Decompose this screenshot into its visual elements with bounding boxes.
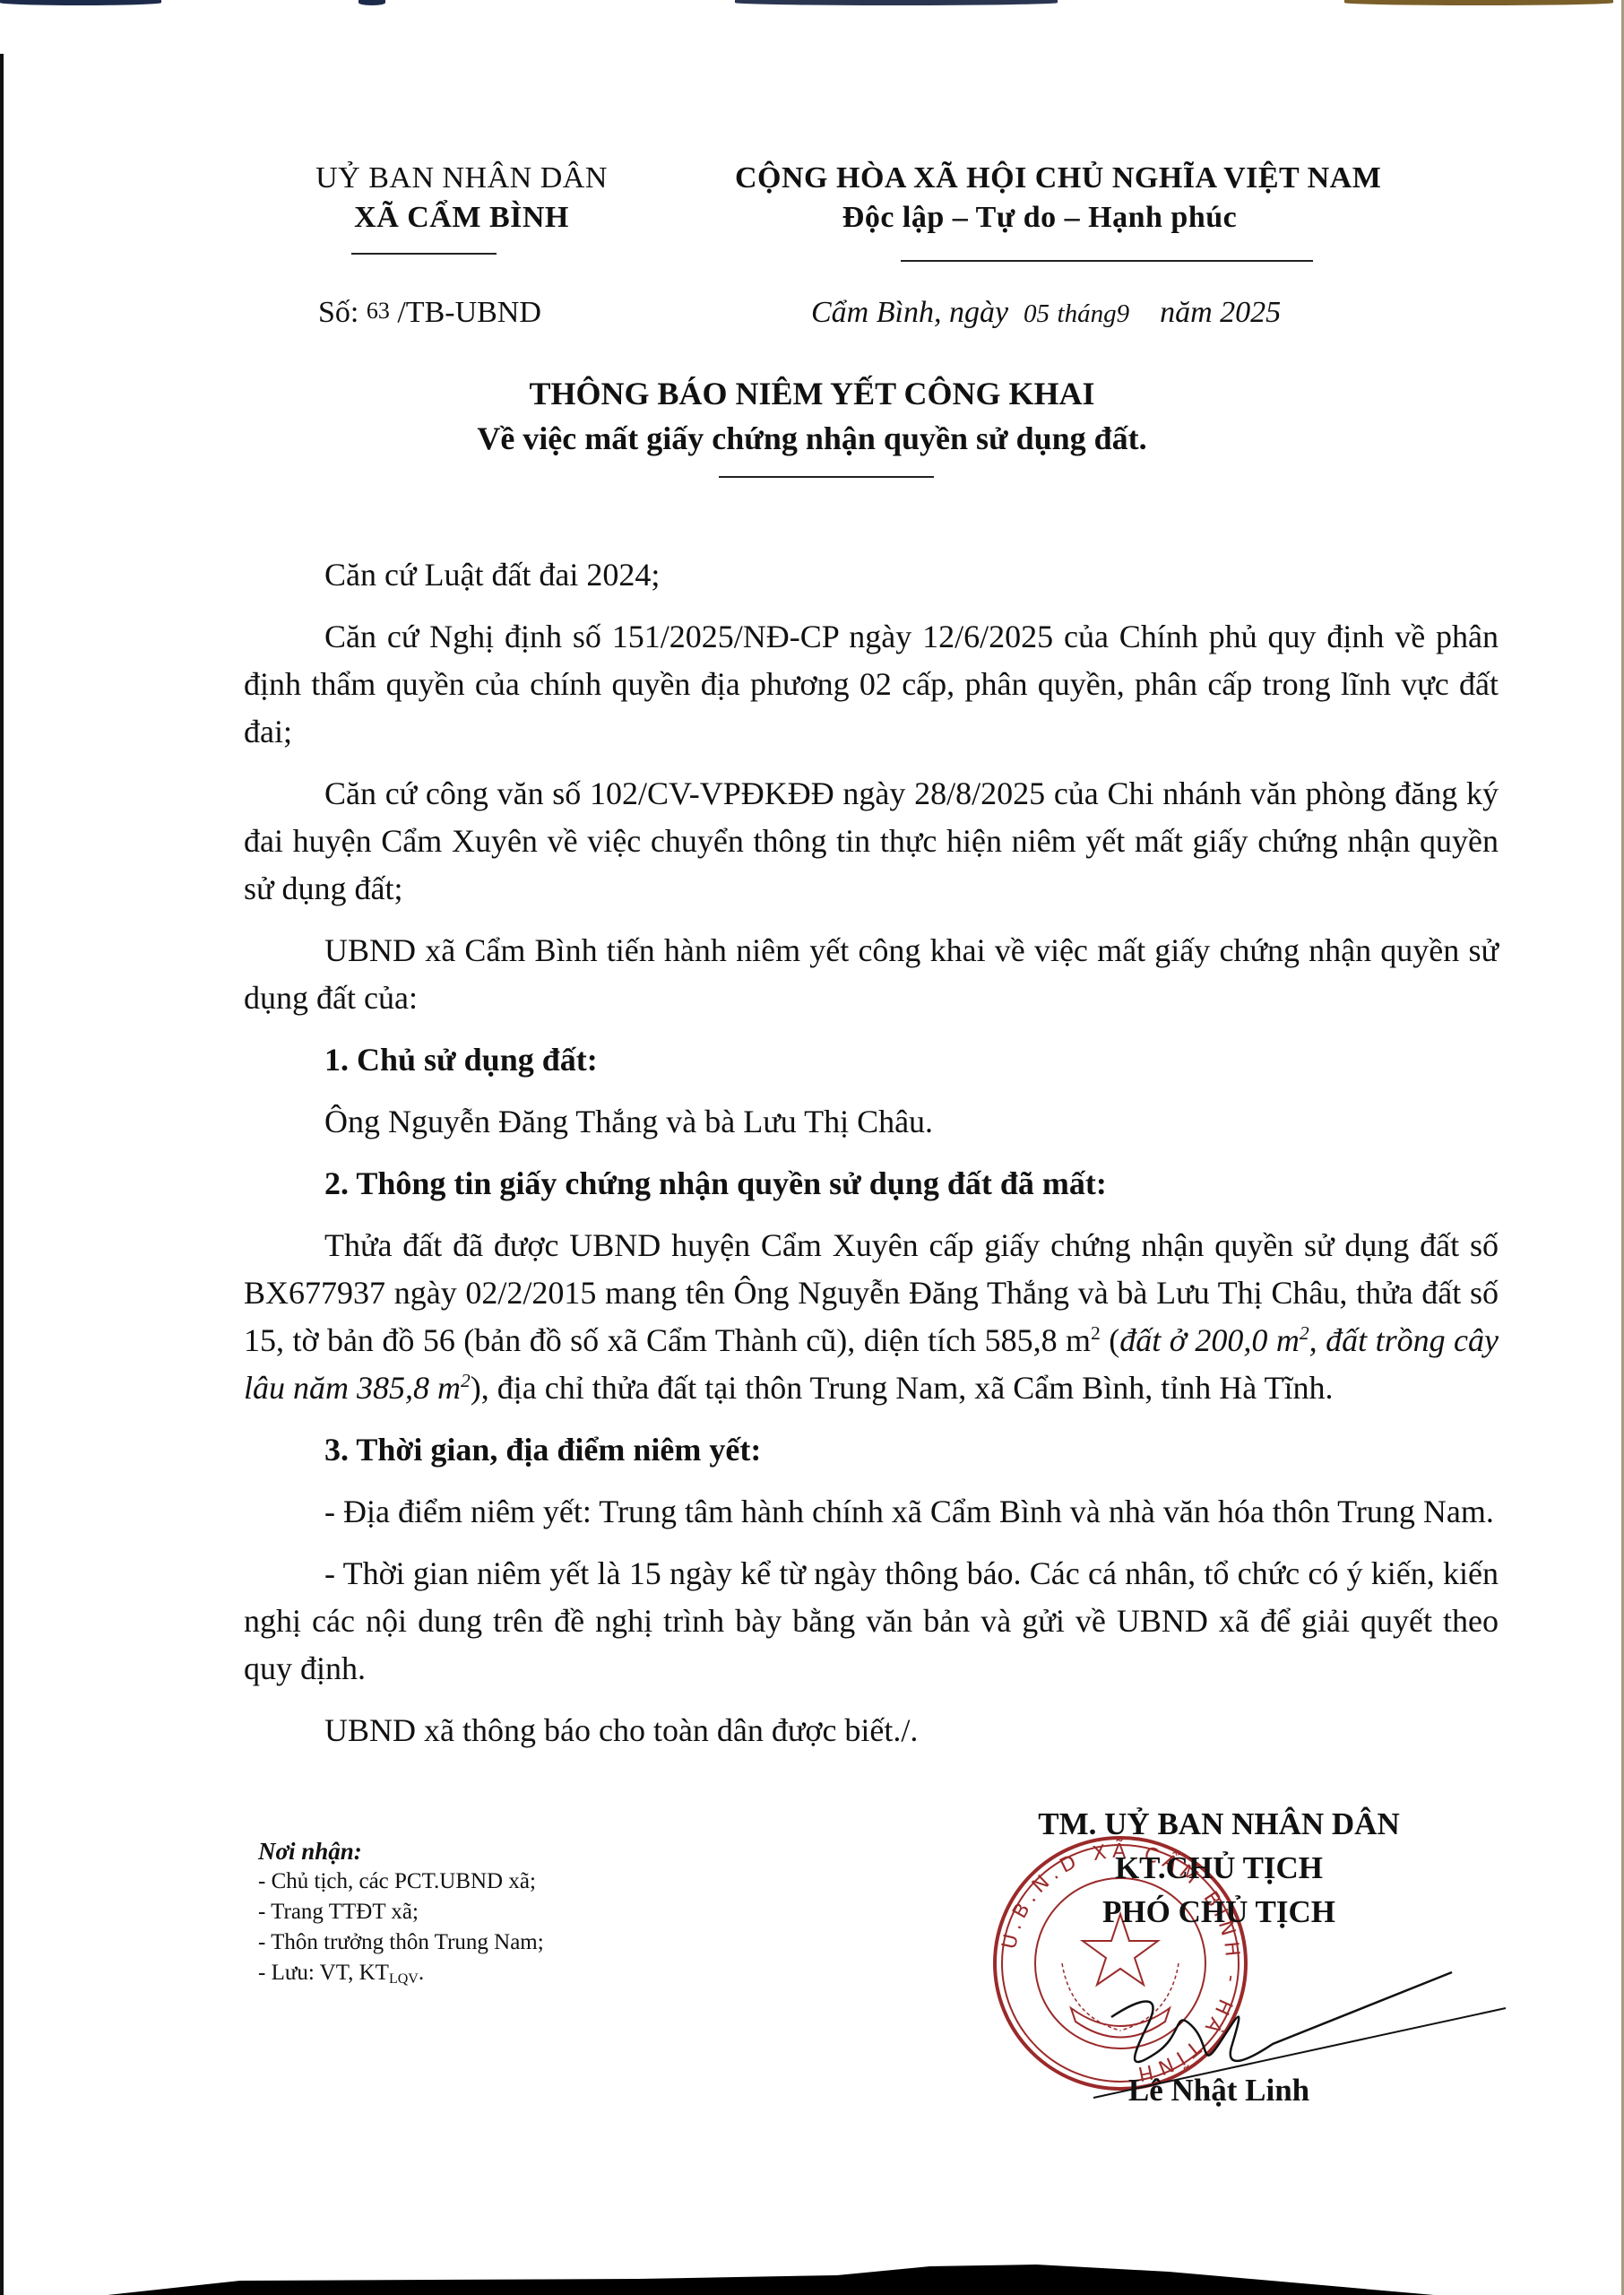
legal-basis-1: Căn cứ Luật đất đai 2024; [244, 551, 1499, 599]
signature-line-3: PHÓ CHỦ TỊCH [968, 1890, 1470, 1934]
recipients-block: Nơi nhận: - Chủ tịch, các PCT.UBND xã; -… [258, 1836, 544, 1995]
document-number-value: 63 [367, 298, 390, 324]
intro-paragraph: UBND xã Cẩm Bình tiến hành niêm yết công… [244, 927, 1499, 1022]
section-2-heading: 2. Thông tin giấy chứng nhận quyền sử dụ… [244, 1160, 1499, 1208]
section-3-location: - Địa điểm niêm yết: Trung tâm hành chín… [244, 1488, 1499, 1536]
closing-statement: UBND xã thông báo cho toàn dân được biết… [244, 1707, 1499, 1754]
recipient-item: - Lưu: VT, KTLQV. [258, 1958, 544, 1995]
recipients-label: Nơi nhận: [258, 1836, 544, 1866]
section-1-text: Ông Nguyễn Đăng Thắng và bà Lưu Thị Châu… [244, 1098, 1499, 1146]
signer-name: Lê Nhật Linh [968, 2073, 1470, 2109]
section-3-heading: 3. Thời gian, địa điểm niêm yết: [244, 1426, 1499, 1474]
recipient-item: - Thôn trưởng thôn Trung Nam; [258, 1927, 544, 1958]
authority-line-2: XÃ CẨM BÌNH [260, 201, 663, 235]
scan-bottom-edge [108, 2259, 1434, 2295]
legal-basis-3: Căn cứ công văn số 102/CV-VPĐKĐĐ ngày 28… [244, 770, 1499, 913]
document-date: Cẩm Bình, ngày 05 tháng9 năm 2025 [811, 296, 1281, 330]
motto-underline [901, 260, 1313, 262]
document-title: THÔNG BÁO NIÊM YẾT CÔNG KHAI [0, 375, 1624, 412]
authority-underline [351, 253, 497, 255]
recipient-item: - Chủ tịch, các PCT.UBND xã; [258, 1866, 544, 1897]
section-3-duration: - Thời gian niêm yết là 15 ngày kể từ ng… [244, 1550, 1499, 1693]
signature-block: TM. UỶ BAN NHÂN DÂN KT.CHỦ TỊCH PHÓ CHỦ … [968, 1802, 1470, 1934]
national-title: CỘNG HÒA XÃ HỘI CHỦ NGHĨA VIỆT NAM Độc l… [735, 161, 1344, 235]
signature-line-2: KT.CHỦ TỊCH [968, 1846, 1470, 1890]
section-1-heading: 1. Chủ sử dụng đất: [244, 1036, 1499, 1084]
national-motto: Độc lập – Tự do – Hạnh phúc [735, 201, 1344, 235]
issuing-authority: UỶ BAN NHÂN DÂN XÃ CẨM BÌNH [260, 161, 663, 235]
document-number: Số: 63 /TB-UBND [318, 296, 541, 330]
scan-top-edge [0, 0, 1624, 5]
legal-basis-2: Căn cứ Nghị định số 151/2025/NĐ-CP ngày … [244, 613, 1499, 756]
signature-line-1: TM. UỶ BAN NHÂN DÂN [968, 1802, 1470, 1846]
national-title-line-1: CỘNG HÒA XÃ HỘI CHỦ NGHĨA VIỆT NAM [735, 161, 1344, 195]
document-body: Căn cứ Luật đất đai 2024; Căn cứ Nghị đị… [244, 551, 1499, 1769]
section-2-text: Thửa đất đã được UBND huyện Cẩm Xuyên cấ… [244, 1222, 1499, 1412]
recipient-item: - Trang TTĐT xã; [258, 1897, 544, 1927]
authority-line-1: UỶ BAN NHÂN DÂN [260, 161, 663, 195]
title-underline [719, 476, 934, 478]
document-subtitle: Về việc mất giấy chứng nhận quyền sử dụn… [0, 420, 1624, 457]
